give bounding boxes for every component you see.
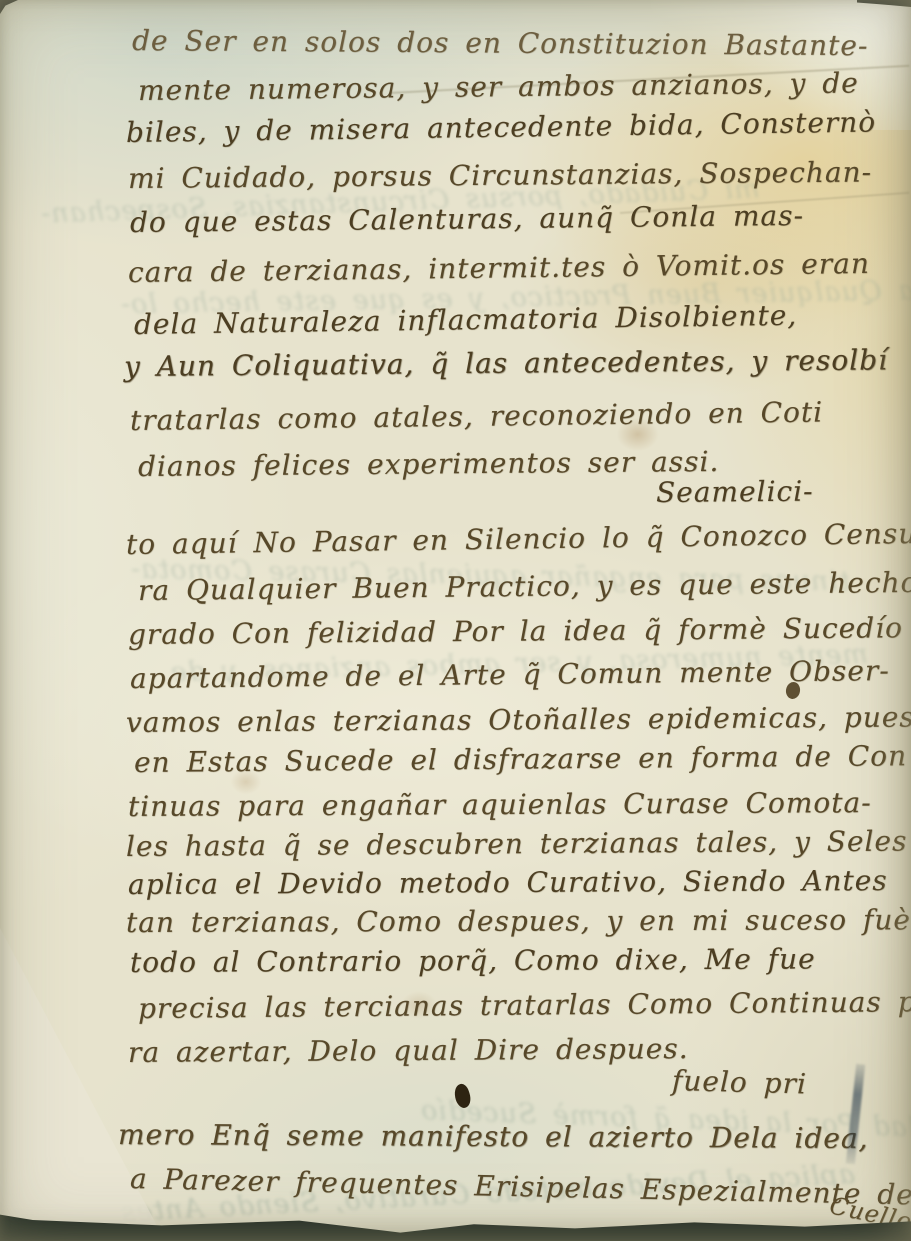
manuscript-line: ra Qualquier Buen Practico, y es que est… <box>138 567 911 607</box>
manuscript-line: grado Con felizidad Por la idea q̃ formè… <box>128 613 903 651</box>
manuscript-line: tinuas para engañar aquienlas Curase Com… <box>128 788 872 823</box>
manuscript-line: do que estas Calenturas, aunq̃ Conla mas… <box>130 201 804 239</box>
manuscript-line: apartandome de el Arte q̃ Comun mente Ob… <box>130 656 890 695</box>
manuscript-line: ra azertar, Delo qual Dire despues. <box>128 1034 689 1069</box>
manuscript-line: y Aun Coliquativa, q̃ las antecedentes, … <box>124 345 888 382</box>
manuscript-line: dianos felices experimentos ser assi. <box>138 447 720 483</box>
scan-corner-mark <box>0 0 18 14</box>
manuscript-line: les hasta q̃ se descubren terzianas tale… <box>126 827 908 863</box>
manuscript-page: mi Cuidado, porsus Circunstanzias, Sospe… <box>0 0 911 1241</box>
manuscript-line: mero Enq̃ seme manifesto el azierto Dela… <box>118 1120 869 1155</box>
manuscript-line: tan terzianas, Como despues, y en mi suc… <box>126 905 911 939</box>
manuscript-line: biles, y de misera antecedente bida, Con… <box>126 108 877 149</box>
manuscript-line: de Ser en solos dos en Constituzion Bast… <box>132 26 869 62</box>
manuscript-line: Seamelici- <box>656 477 814 509</box>
manuscript-line: tratarlas como atales, reconoziendo en C… <box>130 398 823 437</box>
manuscript-line: todo al Contrario porq̃, Como dixe, Me f… <box>130 944 816 978</box>
manuscript-line: precisa las tercianas tratarlas Como Con… <box>138 987 911 1025</box>
manuscript-line: vamos enlas terzianas Otoñalles epidemic… <box>126 702 911 738</box>
manuscript-line: mi Cuidado, porsus Circunstanzias, Sospe… <box>128 158 872 195</box>
manuscript-line: dela Naturaleza inflacmatoria Disolbient… <box>134 301 798 341</box>
manuscript-line: to aquí No Pasar en Silencio lo q̃ Conoz… <box>126 518 911 560</box>
manuscript-line: en Estas Sucede el disfrazarse en forma … <box>134 741 907 779</box>
manuscript-line: aplica el Devido metodo Curativo, Siendo… <box>128 866 888 901</box>
manuscript-line: fuelo pri <box>672 1066 808 1100</box>
